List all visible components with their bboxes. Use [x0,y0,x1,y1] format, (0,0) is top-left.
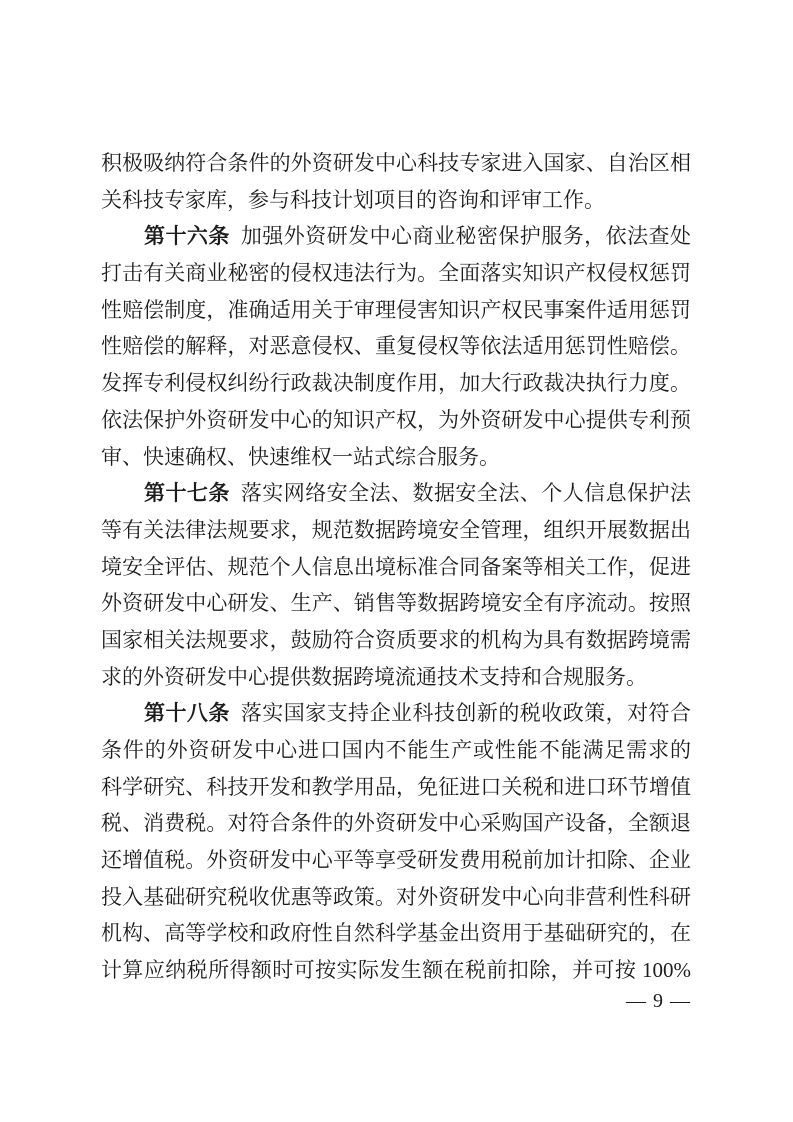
text-segment: 科学研究、科技开发和教学用品，免征进口关税和进口环节增值 [101,775,691,799]
text-segment: 求的外资研发中心提供数据跨境流通技术支持和合规服务。 [101,665,647,689]
text-segment: 等有关法律法规要求，规范数据跨境安全管理，组织开展数据出 [101,518,691,542]
text-line: 计算应纳税所得额时可按实际发生额在税前扣除，并可按 100% [101,952,691,989]
text-segment: 还增值税。外资研发中心平等享受研发费用税前加计扣除、企业 [101,848,691,872]
text-segment: 条件的外资研发中心进口国内不能生产或性能不能满足需求的 [101,738,691,762]
text-segment: 加强外资研发中心商业秘密保护服务，依法查处 [241,224,691,248]
text-line: 关科技专家库，参与科技计划项目的咨询和评审工作。 [101,182,691,219]
text-segment: 落实网络安全法、数据安全法、个人信息保护法 [241,481,691,505]
text-segment: 计算应纳税所得额时可按实际发生额在税前扣除，并可按 100% [101,958,691,982]
text-line: 等有关法律法规要求，规范数据跨境安全管理，组织开展数据出 [101,512,691,549]
text-line: 税、消费税。对符合条件的外资研发中心采购国产设备，全额退 [101,805,691,842]
text-segment: 积极吸纳符合条件的外资研发中心科技专家进入国家、自治区相 [101,151,691,175]
text-segment: 国家相关法规要求，鼓励符合资质要求的机构为具有数据跨境需 [101,628,691,652]
text-line: 审、快速确权、快速维权一站式综合服务。 [101,439,691,476]
article-heading: 第十八条 [144,702,230,725]
text-line: 还增值税。外资研发中心平等享受研发费用税前加计扣除、企业 [101,842,691,879]
text-line: 国家相关法规要求，鼓励符合资质要求的机构为具有数据跨境需 [101,622,691,659]
page-number: — 9 — [626,990,691,1013]
text-segment: 投入基础研究税收优惠等政策。对外资研发中心向非营利性科研 [101,885,691,909]
document-body: 积极吸纳符合条件的外资研发中心科技专家进入国家、自治区相关科技专家库，参与科技计… [101,145,691,989]
text-line: 性赔偿的解释，对恶意侵权、重复侵权等依法适用惩罚性赔偿。 [101,328,691,365]
text-line: 外资研发中心研发、生产、销售等数据跨境安全有序流动。按照 [101,585,691,622]
text-line: 发挥专利侵权纠纷行政裁决制度作用，加大行政裁决执行力度。 [101,365,691,402]
text-segment: 打击有关商业秘密的侵权违法行为。全面落实知识产权侵权惩罚 [101,261,691,285]
text-line: 科学研究、科技开发和教学用品，免征进口关税和进口环节增值 [101,769,691,806]
text-segment: 性赔偿制度，准确适用关于审理侵害知识产权民事案件适用惩罚 [101,298,691,322]
text-line: 第十七条落实网络安全法、数据安全法、个人信息保护法 [101,475,691,512]
text-segment: 落实国家支持企业科技创新的税收政策，对符合 [241,701,691,725]
text-line: 积极吸纳符合条件的外资研发中心科技专家进入国家、自治区相 [101,145,691,182]
text-line: 第十八条落实国家支持企业科技创新的税收政策，对符合 [101,695,691,732]
text-line: 第十六条加强外资研发中心商业秘密保护服务，依法查处 [101,218,691,255]
text-segment: 关科技专家库，参与科技计划项目的咨询和评审工作。 [101,188,605,212]
text-line: 条件的外资研发中心进口国内不能生产或性能不能满足需求的 [101,732,691,769]
text-line: 打击有关商业秘密的侵权违法行为。全面落实知识产权侵权惩罚 [101,255,691,292]
text-segment: 性赔偿的解释，对恶意侵权、重复侵权等依法适用惩罚性赔偿。 [101,334,691,358]
document-page: 积极吸纳符合条件的外资研发中心科技专家进入国家、自治区相关科技专家库，参与科技计… [0,0,793,1122]
text-segment: 审、快速确权、快速维权一站式综合服务。 [101,445,500,469]
text-line: 投入基础研究税收优惠等政策。对外资研发中心向非营利性科研 [101,879,691,916]
text-segment: 发挥专利侵权纠纷行政裁决制度作用，加大行政裁决执行力度。 [101,371,691,395]
text-segment: 境安全评估、规范个人信息出境标准合同备案等相关工作，促进 [101,555,691,579]
text-line: 机构、高等学校和政府性自然科学基金出资用于基础研究的，在 [101,915,691,952]
text-segment: 机构、高等学校和政府性自然科学基金出资用于基础研究的，在 [101,921,691,945]
article-heading: 第十七条 [144,482,230,505]
article-heading: 第十六条 [144,225,230,248]
text-segment: 依法保护外资研发中心的知识产权，为外资研发中心提供专利预 [101,408,691,432]
text-line: 境安全评估、规范个人信息出境标准合同备案等相关工作，促进 [101,549,691,586]
text-line: 求的外资研发中心提供数据跨境流通技术支持和合规服务。 [101,659,691,696]
text-segment: 外资研发中心研发、生产、销售等数据跨境安全有序流动。按照 [101,591,691,615]
text-line: 性赔偿制度，准确适用关于审理侵害知识产权民事案件适用惩罚 [101,292,691,329]
text-line: 依法保护外资研发中心的知识产权，为外资研发中心提供专利预 [101,402,691,439]
text-segment: 税、消费税。对符合条件的外资研发中心采购国产设备，全额退 [101,811,691,835]
